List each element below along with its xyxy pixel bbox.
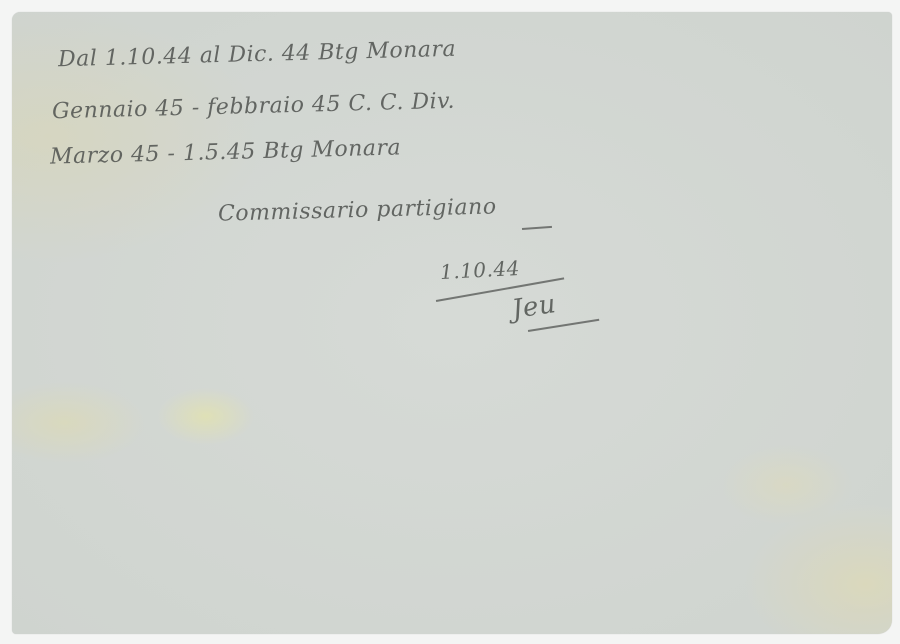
underline-stroke xyxy=(522,226,552,230)
signature: Jeu xyxy=(510,289,558,325)
document-sheet: Dal 1.10.44 al Dic. 44 Btg Monara Gennai… xyxy=(12,12,892,634)
handwritten-date: 1.10.44 xyxy=(439,256,520,284)
handwritten-line-1: Dal 1.10.44 al Dic. 44 Btg Monara xyxy=(58,37,457,72)
handwritten-line-3: Marzo 45 - 1.5.45 Btg Monara xyxy=(50,135,402,169)
handwritten-line-4: Commissario partigiano xyxy=(218,194,497,226)
handwritten-line-2: Gennaio 45 - febbraio 45 C. C. Div. xyxy=(52,89,456,125)
